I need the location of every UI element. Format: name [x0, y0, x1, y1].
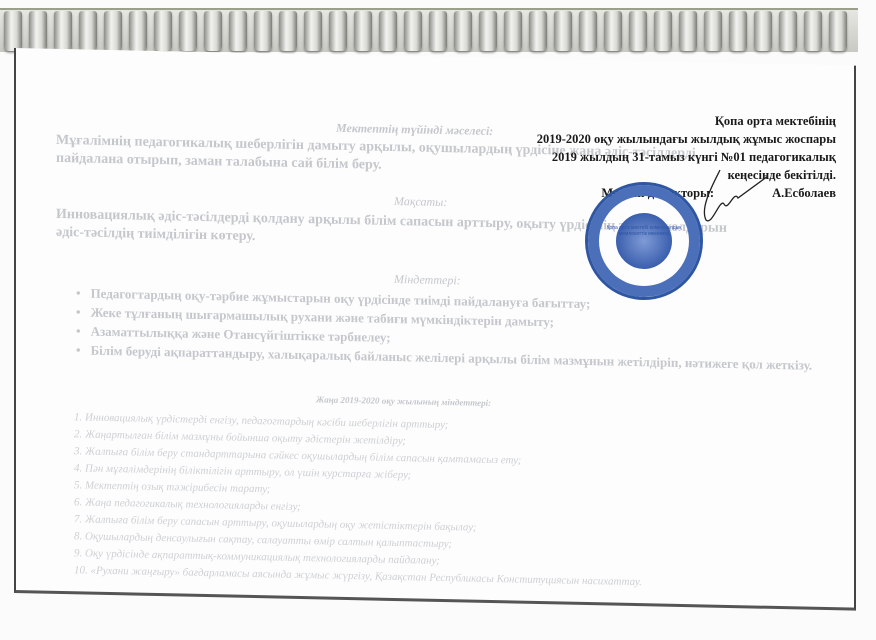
meeting-reference: 2019 жылдың 31-тамыз күнгі №01 педагогик… [496, 148, 836, 166]
spiral-binding [0, 8, 858, 52]
signature-icon [690, 168, 770, 228]
binding-ring [579, 11, 597, 51]
plan-title: 2019-2020 оқу жылындағы жылдық жұмыс жос… [496, 130, 836, 148]
binding-ring [604, 11, 622, 51]
binding-ring [479, 11, 497, 51]
binding-ring [804, 11, 822, 51]
binding-ring [704, 11, 722, 51]
binding-ring [504, 11, 522, 51]
section-title-goal: Мақсаты: [394, 194, 447, 210]
binding-ring [29, 11, 47, 51]
binding-ring [204, 11, 222, 51]
binding-ring [404, 11, 422, 51]
approved-note: кеңесінде бекітілді. [496, 166, 836, 184]
binding-ring [129, 11, 147, 51]
binding-ring [729, 11, 747, 51]
binding-ring [829, 11, 847, 51]
binding-ring [529, 11, 547, 51]
section-title-year-tasks: Жаңа 2019-2020 оқу жылының міндеттері: [316, 394, 491, 408]
official-stamp-icon: Қопа орта мектебі коммуналдық мемлекетті… [585, 182, 703, 300]
binding-ring [154, 11, 172, 51]
director-name: А.Есболаев [772, 184, 836, 202]
binding-ring [304, 11, 322, 51]
binding-ring [554, 11, 572, 51]
binding-ring [54, 11, 72, 51]
binding-ring [629, 11, 647, 51]
binding-ring [104, 11, 122, 51]
binding-ring [179, 11, 197, 51]
section-title-tasks: Міндеттері: [394, 272, 461, 288]
section-title-problem: Мектептің түйінді мәселесі: [336, 121, 493, 139]
binding-ring [279, 11, 297, 51]
section-body-line: әдіс-тәсілдің тиімділігін көтеру. [56, 225, 255, 245]
binding-ring [79, 11, 97, 51]
binding-ring [429, 11, 447, 51]
binding-ring [754, 11, 772, 51]
binding-ring [679, 11, 697, 51]
binding-ring [454, 11, 472, 51]
binding-ring [354, 11, 372, 51]
binding-ring [379, 11, 397, 51]
binding-ring [4, 11, 22, 51]
binding-ring [654, 11, 672, 51]
binding-ring [254, 11, 272, 51]
binding-ring [329, 11, 347, 51]
binding-ring [779, 11, 797, 51]
school-name: Қопа орта мектебінің [496, 112, 836, 130]
binding-ring [229, 11, 247, 51]
emblem-icon [616, 213, 672, 269]
stamp-text: Қопа орта мектебі коммуналдық мемлекетті… [592, 225, 696, 237]
